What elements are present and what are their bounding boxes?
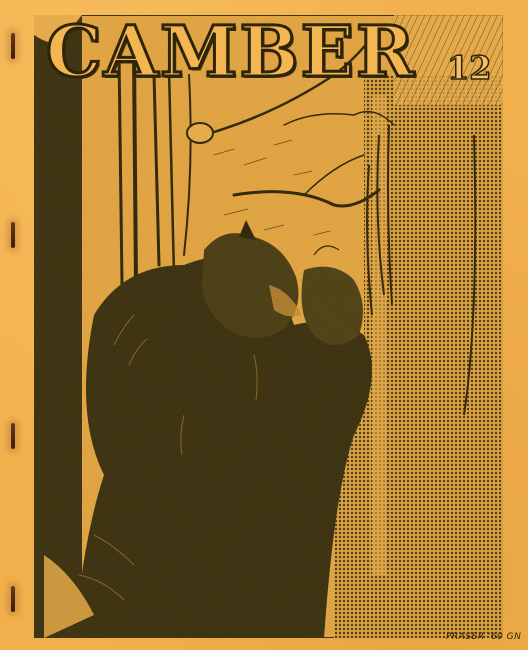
artist-signature: PRASER '60 GN [446, 632, 521, 642]
staple-icon [11, 33, 15, 59]
illustration-artwork [34, 15, 503, 638]
staple-icon [11, 586, 15, 612]
magazine-cover: CAMBER 12 PRASER '60 GN [0, 0, 528, 650]
magazine-title: CAMBER [46, 17, 416, 87]
staple-icon [11, 222, 15, 248]
cover-illustration: CAMBER 12 [34, 15, 503, 638]
issue-number: 12 [447, 49, 492, 87]
staple-icon [11, 423, 15, 449]
